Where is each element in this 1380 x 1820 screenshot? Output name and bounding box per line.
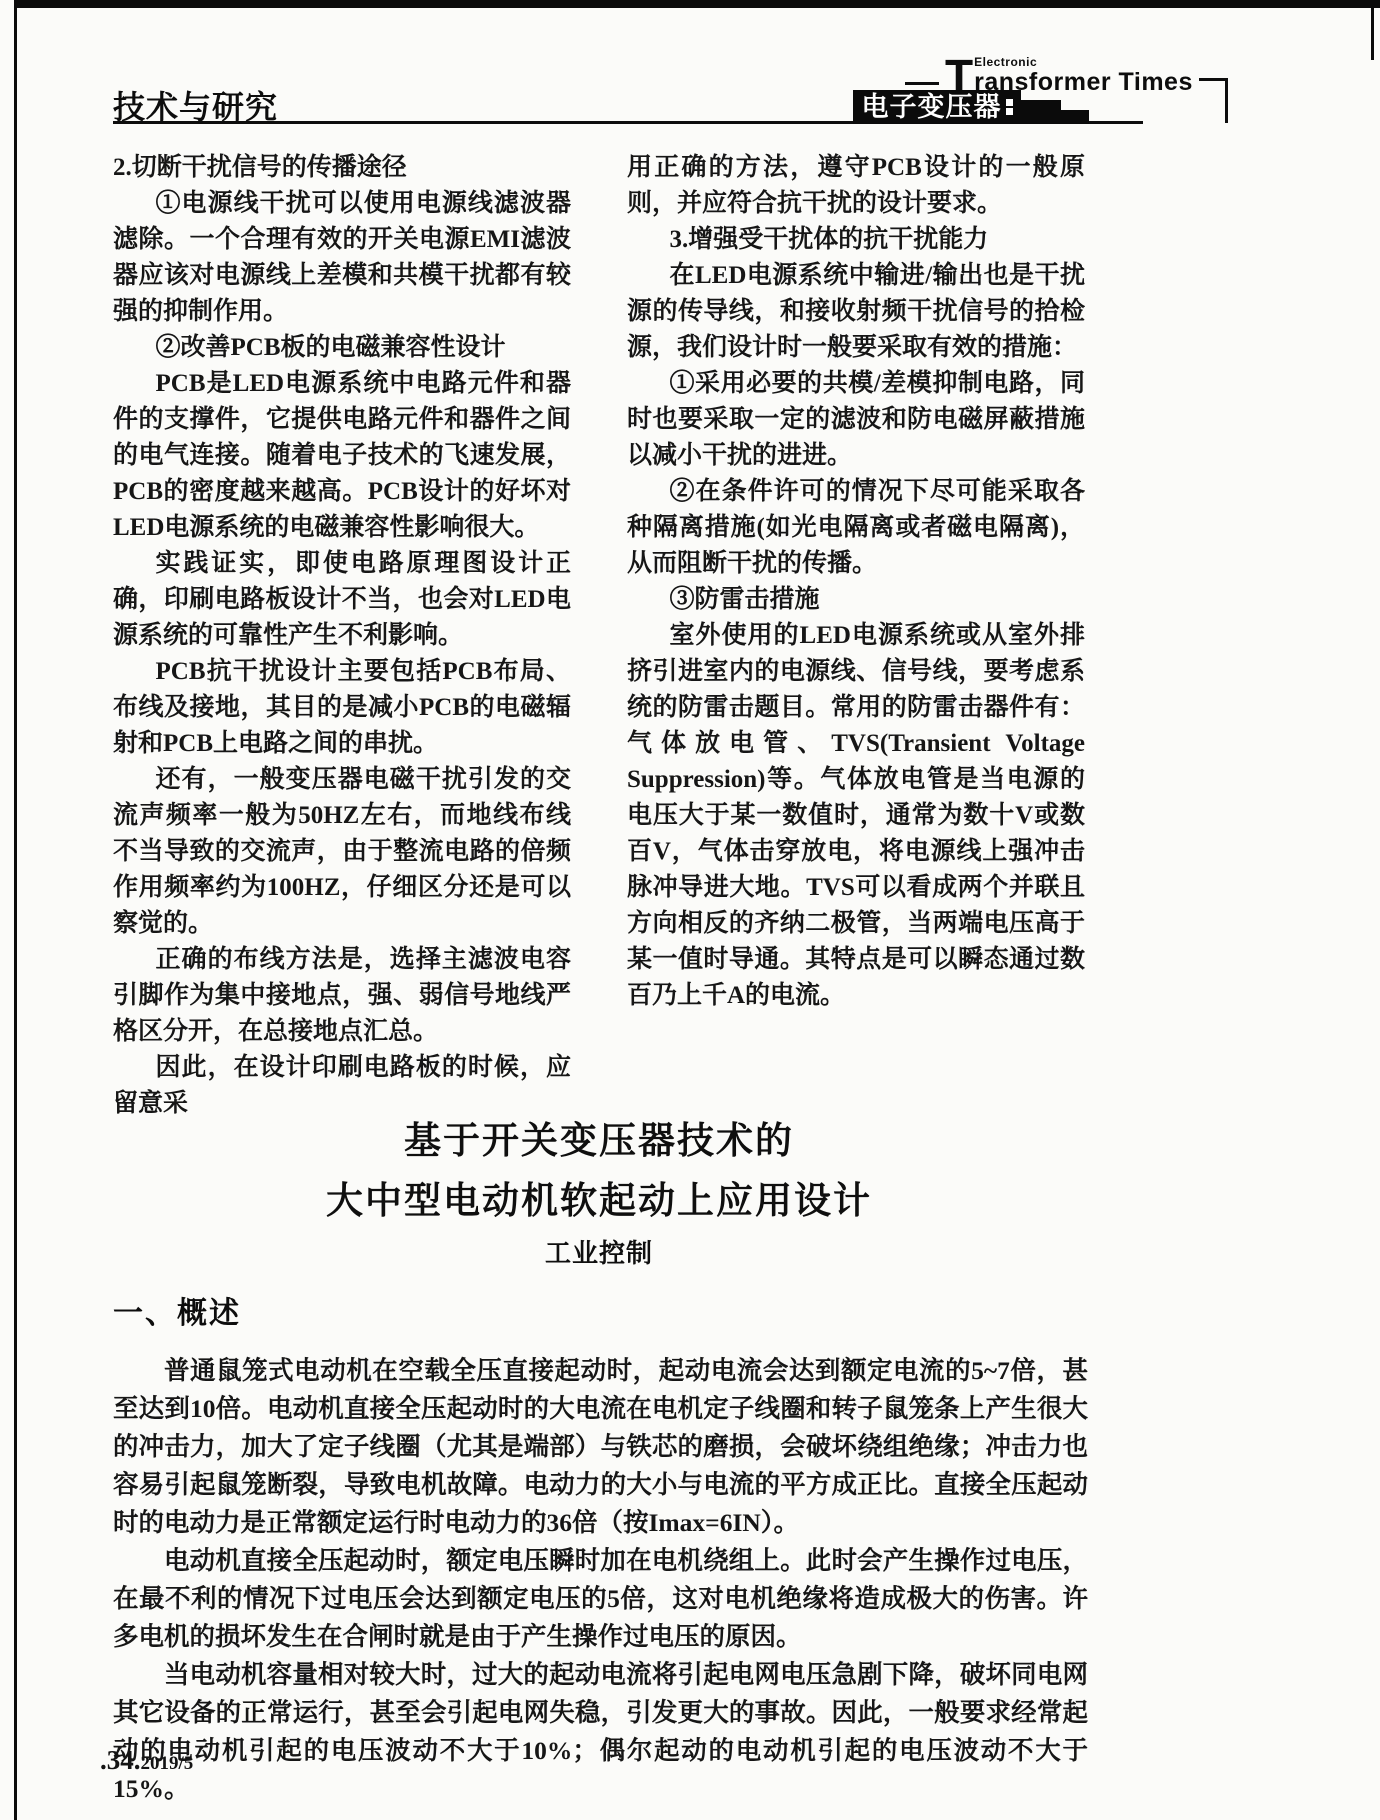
logo-left-dash bbox=[905, 82, 939, 85]
top-border-rule bbox=[14, 0, 1380, 8]
badge-step-block-1 bbox=[1021, 100, 1061, 124]
paragraph: 正确的布线方法是，选择主滤波电容引脚作为集中接地点，强、弱信号地线严格区分开，在… bbox=[113, 942, 571, 1050]
paragraph: 用正确的方法，遵守PCB设计的一般原则，并应符合抗干扰的设计要求。 bbox=[627, 150, 1085, 222]
paragraph: 2.切断干扰信号的传播途径 bbox=[113, 150, 571, 186]
magazine-page: 技术与研究 T Electronic ransformer Times 电子变压… bbox=[0, 0, 1380, 1820]
paragraph: 在LED电源系统中输进/输出也是干扰源的传导线，和接收射频干扰信号的拾检源，我们… bbox=[627, 258, 1085, 366]
paragraph: ①电源线干扰可以使用电源线滤波器滤除。一个合理有效的开关电源EMI滤波器应该对电… bbox=[113, 186, 571, 330]
footer-issue: 2019/5 bbox=[141, 1753, 194, 1775]
paragraph: ②改善PCB板的电磁兼容性设计 bbox=[113, 330, 571, 366]
paragraph: 室外使用的LED电源系统或从室外排挤引进室内的电源线、信号线，要考虑系统的防雷击… bbox=[627, 618, 1085, 1014]
badge-text: 电子变压器 bbox=[862, 94, 1002, 121]
article2-title-line2: 大中型电动机软起动上应用设计 bbox=[113, 1172, 1085, 1232]
electronic-transformer-badge: 电子变压器 bbox=[853, 90, 1021, 124]
page-footer: .34. 2019/5 bbox=[100, 1745, 193, 1776]
paragraph: 3.增强受干扰体的抗干扰能力 bbox=[627, 222, 1085, 258]
paragraph: 普通鼠笼式电动机在空载全压直接起动时，起动电流会达到额定电流的5~7倍，甚至达到… bbox=[113, 1352, 1088, 1542]
logo-electronic-text: Electronic bbox=[974, 56, 1193, 68]
paragraph: 当电动机容量相对较大时，过大的起动电流将引起电网电压急剧下降，破坏同电网其它设备… bbox=[113, 1656, 1088, 1808]
article2-title-line1: 基于开关变压器技术的 bbox=[113, 1112, 1085, 1172]
paragraph: PCB是LED电源系统中电路元件和器件的支撑件，它提供电路元件和器件之间的电气连… bbox=[113, 366, 571, 546]
badge-step-block-2 bbox=[1061, 110, 1089, 124]
left-border-rule bbox=[14, 0, 17, 1820]
article2-body: 普通鼠笼式电动机在空载全压直接起动时，起动电流会达到额定电流的5~7倍，甚至达到… bbox=[113, 1352, 1088, 1808]
right-column: 用正确的方法，遵守PCB设计的一般原则，并应符合抗干扰的设计要求。3.增强受干扰… bbox=[627, 150, 1085, 1122]
footer-page-number: .34. bbox=[100, 1745, 141, 1776]
paragraph: ②在条件许可的情况下尽可能采取各种隔离措施(如光电隔离或者磁电隔离)，从而阻断干… bbox=[627, 474, 1085, 582]
article1-two-column-body: 2.切断干扰信号的传播途径①电源线干扰可以使用电源线滤波器滤除。一个合理有效的开… bbox=[113, 150, 1085, 1122]
paragraph: ①采用必要的共模/差模抑制电路，同时也要采取一定的滤波和防电磁屏蔽措施以减小干扰… bbox=[627, 366, 1085, 474]
paragraph: PCB抗干扰设计主要包括PCB布局、布线及接地，其目的是减小PCB的电磁辐射和P… bbox=[113, 654, 571, 762]
article2-subtitle: 工业控制 bbox=[113, 1232, 1085, 1276]
article2-section-heading: 一、概述 bbox=[113, 1288, 241, 1332]
paragraph: ③防雷击措施 bbox=[627, 582, 1085, 618]
paragraph: 电动机直接全压起动时，额定电压瞬时加在电机绕组上。此时会产生操作过电压，在最不利… bbox=[113, 1542, 1088, 1656]
paragraph: 实践证实，即使电路原理图设计正确，印刷电路板设计不当，也会对LED电源系统的可靠… bbox=[113, 546, 571, 654]
paragraph: 还有，一般变压器电磁干扰引发的交流声频率一般为50HZ左右，而地线布线不当导致的… bbox=[113, 762, 571, 942]
right-border-tick bbox=[1371, 0, 1374, 60]
left-column: 2.切断干扰信号的传播途径①电源线干扰可以使用电源线滤波器滤除。一个合理有效的开… bbox=[113, 150, 571, 1122]
badge-small-marks bbox=[1006, 99, 1013, 115]
article2-title-block: 基于开关变压器技术的 大中型电动机软起动上应用设计 工业控制 bbox=[113, 1112, 1085, 1276]
logo-right-bracket bbox=[1199, 78, 1228, 123]
